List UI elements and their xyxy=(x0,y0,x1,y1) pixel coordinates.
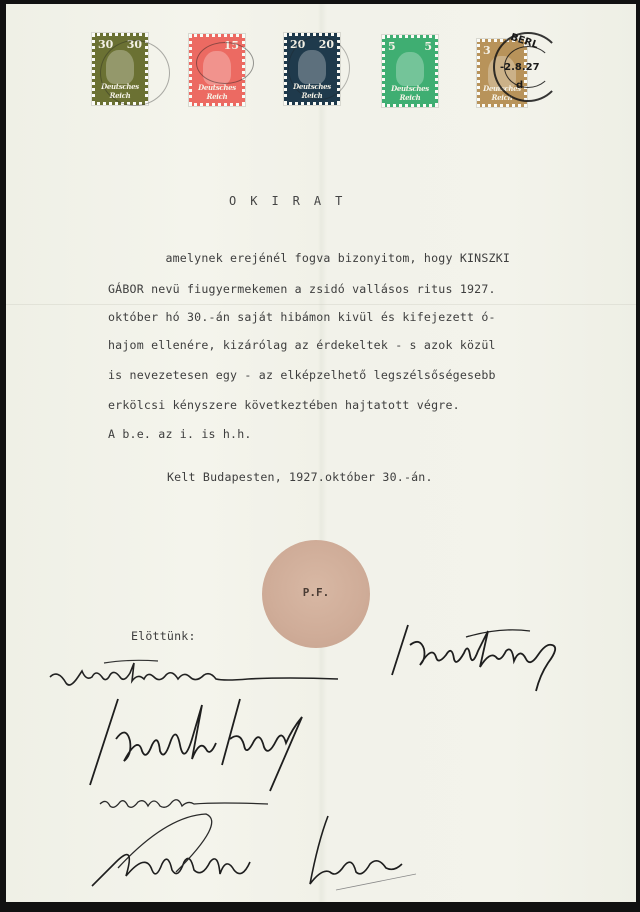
signature-witness-1 xyxy=(48,655,338,700)
body-line: hajom ellenére, kizárólag az érdekeltek … xyxy=(108,338,496,352)
cancel-mark xyxy=(196,42,254,84)
signature-witness-2 xyxy=(80,695,310,800)
postmark-letter: d xyxy=(516,80,523,91)
signature-bottom xyxy=(86,812,416,897)
body-line: amelynek erejénél fogva bizonyitom, hogy… xyxy=(108,251,510,265)
document-title: OKIRAT xyxy=(229,194,356,208)
witness-label: Elöttünk: xyxy=(131,629,196,643)
signature-father xyxy=(380,615,580,700)
body-line: is nevezetesen egy - az elképzelhető leg… xyxy=(108,368,496,382)
postmark-date: -2.8.27 xyxy=(500,62,540,73)
date-line: Kelt Budapesten, 1927.október 30.-án. xyxy=(167,470,433,484)
body-line: A b.e. az i. is h.h. xyxy=(108,427,252,441)
cancel-mark xyxy=(288,36,350,100)
portrait-icon xyxy=(396,52,424,86)
cancel-mark xyxy=(100,40,170,106)
fold-line xyxy=(6,304,636,305)
body-line: október hó 30.-án saját hibámon kivül és… xyxy=(108,310,496,324)
seal-initials: P.F. xyxy=(262,586,370,599)
body-line: erkölcsi kényszere következtében hajtato… xyxy=(108,398,460,412)
wax-seal: P.F. xyxy=(262,540,370,648)
body-line: GÁBOR nevü fiugyermekemen a zsidó vallás… xyxy=(108,282,496,296)
stamp-5: 5 5 Deutsches Reich xyxy=(382,35,438,107)
